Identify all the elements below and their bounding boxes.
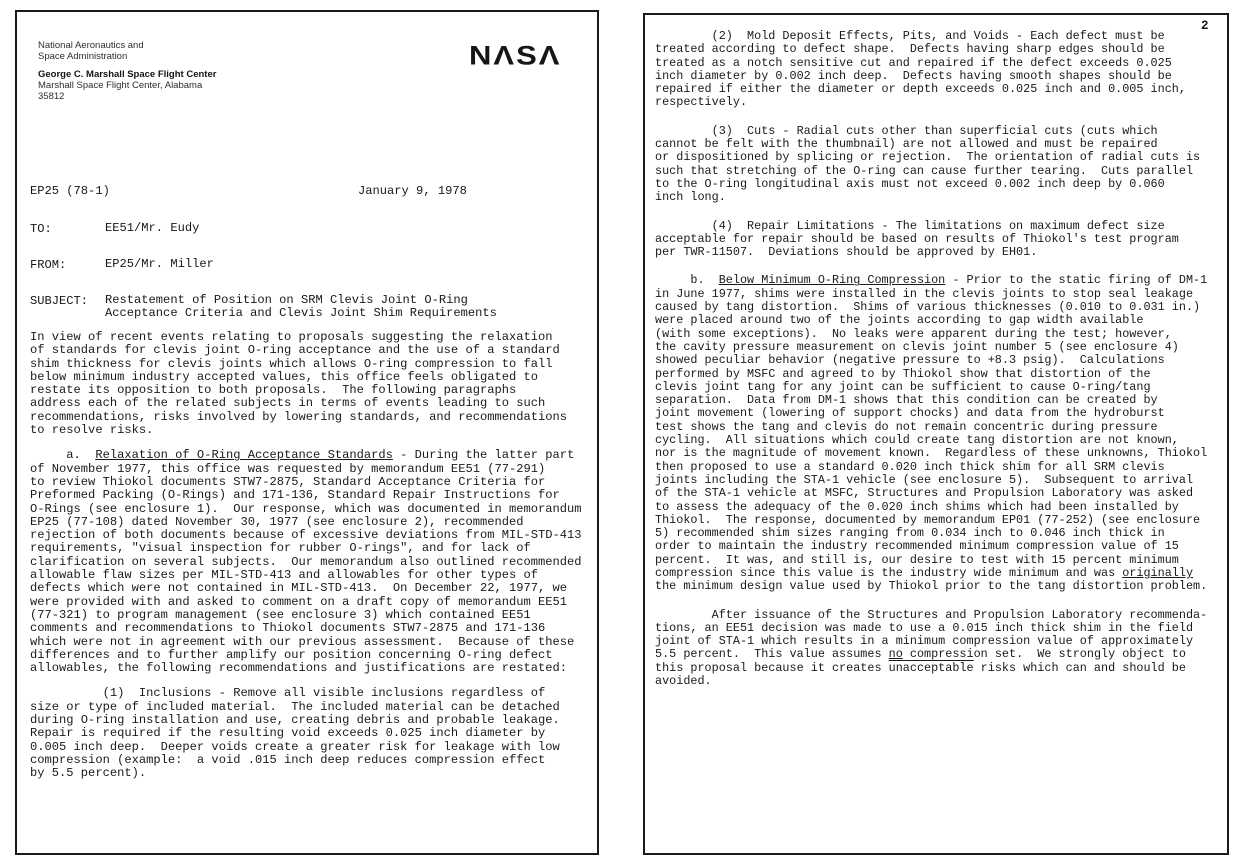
- emphasized-text: originally: [1122, 566, 1193, 580]
- agency-line-1: National Aeronautics and: [38, 40, 216, 51]
- text-run: - Prior to the static firing of DM-1 in …: [655, 273, 1207, 580]
- text-run: b.: [655, 273, 719, 287]
- emphasized-text: Below Minimum O-Ring Compression: [719, 273, 946, 287]
- memo-ref-number: EP25 (78-1): [30, 184, 110, 198]
- paragraph: b. Below Minimum O-Ring Compression - Pr…: [655, 274, 1207, 593]
- text-run: (3) Cuts - Radial cuts other than superf…: [655, 124, 1200, 204]
- paragraph: (2) Mold Deposit Effects, Pits, and Void…: [655, 30, 1207, 110]
- from-row: FROM: EP25/Mr. Miller: [30, 258, 214, 272]
- memo-date: January 9, 1978: [358, 184, 467, 198]
- page-2-body: (2) Mold Deposit Effects, Pits, and Void…: [655, 30, 1207, 703]
- center-zip: 35812: [38, 91, 216, 102]
- page-1-body: In view of recent events relating to pro…: [30, 331, 582, 793]
- to-label: TO:: [30, 222, 105, 236]
- text-run: (2) Mold Deposit Effects, Pits, and Void…: [655, 29, 1186, 109]
- paragraph: (3) Cuts - Radial cuts other than superf…: [655, 125, 1207, 205]
- nasa-letterhead: National Aeronautics and Space Administr…: [38, 40, 216, 102]
- subject-value: Restatement of Position on SRM Clevis Jo…: [105, 294, 497, 321]
- center-name: George C. Marshall Space Flight Center: [38, 69, 216, 80]
- paragraph: (4) Repair Limitations - The limitations…: [655, 220, 1207, 260]
- from-value: EP25/Mr. Miller: [105, 258, 214, 272]
- paragraph: (1) Inclusions - Remove all visible incl…: [30, 687, 582, 780]
- emphasized-text: no: [889, 647, 903, 661]
- text-run: (1) Inclusions - Remove all visible incl…: [30, 686, 560, 780]
- scanned-memo-screenshot: { "page1": { "letterhead": { "agency_lin…: [0, 0, 1239, 863]
- subject-label: SUBJECT:: [30, 294, 105, 321]
- subject-row: SUBJECT: Restatement of Position on SRM …: [30, 294, 497, 321]
- agency-line-2: Space Administration: [38, 51, 216, 62]
- nasa-worm-logo: NΛSΛ: [469, 40, 561, 72]
- center-address: Marshall Space Flight Center, Alabama: [38, 80, 216, 91]
- to-row: TO: EE51/Mr. Eudy: [30, 222, 199, 236]
- memo-page-2: 2 (2) Mold Deposit Effects, Pits, and Vo…: [643, 13, 1229, 855]
- ref-date-row: EP25 (78-1) January 9, 1978: [30, 184, 110, 198]
- emphasized-text: Relaxation of O-Ring Acceptance Standard…: [95, 448, 393, 462]
- paragraph: a. Relaxation of O-Ring Acceptance Stand…: [30, 449, 582, 675]
- text-run: (4) Repair Limitations - The limitations…: [655, 219, 1179, 260]
- paragraph: In view of recent events relating to pro…: [30, 331, 582, 437]
- text-run: In view of recent events relating to pro…: [30, 330, 567, 437]
- emphasized-text: unacceptable: [889, 661, 974, 675]
- to-value: EE51/Mr. Eudy: [105, 222, 199, 236]
- memo-page-1: National Aeronautics and Space Administr…: [15, 10, 599, 855]
- text-run: - During the latter part of November 197…: [30, 448, 582, 675]
- paragraph: After issuance of the Structures and Pro…: [655, 609, 1207, 689]
- from-label: FROM:: [30, 258, 105, 272]
- text-run: a.: [30, 448, 95, 462]
- text-run: the minimum design value used by Thiokol…: [655, 579, 1207, 593]
